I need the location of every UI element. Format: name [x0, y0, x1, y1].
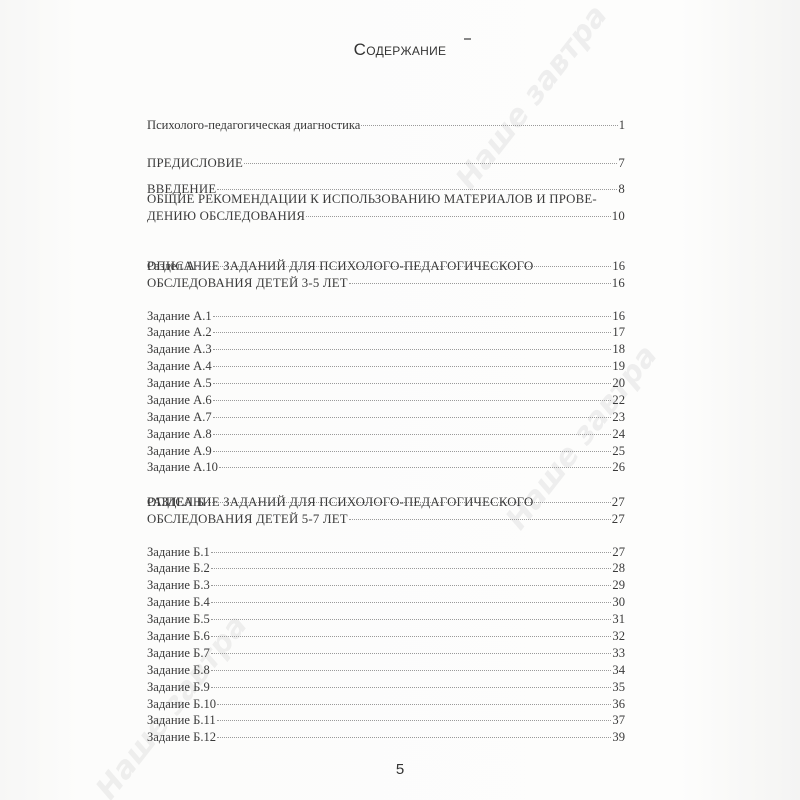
toc-entry-label: Задание А.2 — [147, 325, 212, 340]
dot-leader — [244, 163, 617, 164]
toc-entry-label: Задание Б.2 — [147, 561, 210, 576]
dot-leader — [213, 332, 612, 333]
toc-entry-label: Задание Б.7 — [147, 646, 210, 661]
toc-entry-label: Задание А.3 — [147, 342, 212, 357]
toc-entry: Задание Б.632 — [147, 629, 625, 644]
toc-entry-page: 35 — [612, 680, 625, 695]
toc-entry-heading-line: ОБЩИЕ РЕКОМЕНДАЦИИ К ИСПОЛЬЗОВАНИЮ МАТЕР… — [147, 191, 625, 208]
toc-entry-label: Психолого-педагогическая диагностика — [147, 118, 360, 133]
toc-entry-label: Задание Б.10 — [147, 697, 216, 712]
toc-entry-page: 23 — [612, 410, 625, 425]
dot-leader — [213, 417, 612, 418]
dot-leader — [306, 216, 611, 217]
toc-entry: Задание А.723 — [147, 410, 625, 425]
toc-entry: Задание Б.531 — [147, 612, 625, 627]
toc-entry-label: ОБСЛЕДОВАНИЯ ДЕТЕЙ 3-5 ЛЕТ — [147, 275, 348, 292]
toc-entry-page: 16 — [612, 309, 625, 324]
dot-leader — [213, 366, 612, 367]
toc-entry-page: 7 — [618, 156, 625, 171]
toc-entry: Задание А.318 — [147, 342, 625, 357]
toc-entry-label: Задание А.8 — [147, 427, 212, 442]
dot-leader — [217, 189, 617, 190]
toc-entry: Задание Б.935 — [147, 680, 625, 695]
toc-entry: Задание Б.228 — [147, 561, 625, 576]
toc-entry-label: ОБСЛЕДОВАНИЯ ДЕТЕЙ 5-7 ЛЕТ — [147, 511, 348, 528]
toc-entry: Задание Б.329 — [147, 578, 625, 593]
toc-entry-page: 25 — [612, 444, 625, 459]
toc-entry-page: 32 — [612, 629, 625, 644]
dot-leader — [213, 316, 612, 317]
toc-entry: Задание А.116 — [147, 309, 625, 324]
toc-entry: Задание Б.1036 — [147, 697, 625, 712]
toc-entry: Задание А.622 — [147, 393, 625, 408]
toc-entry-page: 19 — [612, 359, 625, 374]
dot-leader — [213, 434, 612, 435]
toc-entry-label: Задание Б.11 — [147, 713, 216, 728]
toc-entry: Задание А.1026 — [147, 460, 625, 475]
toc-entry: ОПИСАНИЕ ЗАДАНИЙ ДЛЯ ПСИХОЛОГО-ПЕДАГОГИЧ… — [147, 258, 625, 292]
toc-entry-label: Задание Б.4 — [147, 595, 210, 610]
dot-leader — [361, 125, 617, 126]
toc-entry-heading-line: ОПИСАНИЕ ЗАДАНИЙ ДЛЯ ПСИХОЛОГО-ПЕДАГОГИЧ… — [147, 258, 625, 275]
toc-entry-page: 29 — [612, 578, 625, 593]
toc-entry-label: Задание Б.1 — [147, 545, 210, 560]
toc-entry-page: 10 — [612, 208, 625, 225]
toc-entry: ОБЩИЕ РЕКОМЕНДАЦИИ К ИСПОЛЬЗОВАНИЮ МАТЕР… — [147, 191, 625, 225]
toc-entry-label: Задание Б.3 — [147, 578, 210, 593]
toc-entry-label: Задание А.5 — [147, 376, 212, 391]
toc-entry-page: 27 — [612, 545, 625, 560]
toc-entry-page: 16 — [612, 275, 625, 292]
toc-entry-label: Задание Б.12 — [147, 730, 216, 745]
toc-entry-page: 20 — [612, 376, 625, 391]
dot-leader — [211, 670, 612, 671]
dot-leader — [211, 585, 612, 586]
toc-entry-label: Задание А.1 — [147, 309, 212, 324]
dot-leader — [217, 737, 611, 738]
toc-entry-label: Задание А.9 — [147, 444, 212, 459]
dot-leader — [211, 687, 612, 688]
dot-leader — [349, 519, 611, 520]
dot-leader — [211, 619, 612, 620]
toc-entry-page: 30 — [612, 595, 625, 610]
toc-entry-label: Задание Б.5 — [147, 612, 210, 627]
toc-entry: Задание Б.430 — [147, 595, 625, 610]
toc-entry-label: ДЕНИЮ ОБСЛЕДОВАНИЯ — [147, 208, 305, 225]
toc-entry-page: 27 — [612, 511, 625, 528]
toc-entry-page: 34 — [612, 663, 625, 678]
toc-entry: Задание А.824 — [147, 427, 625, 442]
toc-entry-page: 18 — [612, 342, 625, 357]
toc-entry-page: 17 — [612, 325, 625, 340]
dot-leader — [217, 720, 612, 721]
toc-entry-label: Задание Б.6 — [147, 629, 210, 644]
toc-entry-page: 26 — [612, 460, 625, 475]
document-page: Наше завтра Наше завтра Наше завтра Соде… — [0, 0, 800, 800]
toc-entry: Задание А.520 — [147, 376, 625, 391]
toc-entry: Психолого-педагогическая диагностика1 — [147, 118, 625, 133]
page-number: 5 — [0, 761, 800, 778]
toc-entry: ОПИСАНИЕ ЗАДАНИЙ ДЛЯ ПСИХОЛОГО-ПЕДАГОГИЧ… — [147, 494, 625, 528]
dot-leader — [213, 349, 612, 350]
dot-leader — [213, 451, 612, 452]
toc-entry-page: 39 — [612, 730, 625, 745]
toc-entry-label: Задание А.4 — [147, 359, 212, 374]
dot-leader — [211, 602, 612, 603]
toc-entry-page: 37 — [612, 713, 625, 728]
toc-entry: Задание А.925 — [147, 444, 625, 459]
toc-entry: Задание А.217 — [147, 325, 625, 340]
toc-entry: Задание Б.127 — [147, 545, 625, 560]
dot-leader — [217, 704, 611, 705]
toc-entry-label: Задание Б.8 — [147, 663, 210, 678]
toc-entry-page: 22 — [612, 393, 625, 408]
toc-entry-page: 24 — [612, 427, 625, 442]
page-title: Содержание — [0, 40, 800, 60]
decorative-dash — [464, 38, 471, 40]
dot-leader — [213, 383, 612, 384]
toc-entry-heading-line: ОПИСАНИЕ ЗАДАНИЙ ДЛЯ ПСИХОЛОГО-ПЕДАГОГИЧ… — [147, 494, 625, 511]
dot-leader — [219, 467, 611, 468]
toc-entry: Задание Б.834 — [147, 663, 625, 678]
toc-entry: Задание Б.733 — [147, 646, 625, 661]
toc-entry-page: 33 — [612, 646, 625, 661]
toc-entry: Задание Б.1137 — [147, 713, 625, 728]
toc-entry: Задание Б.1239 — [147, 730, 625, 745]
toc-entry-page: 31 — [612, 612, 625, 627]
dot-leader — [213, 400, 612, 401]
dot-leader — [211, 568, 612, 569]
toc-entry-page: 28 — [612, 561, 625, 576]
toc-entry: Задание А.419 — [147, 359, 625, 374]
dot-leader — [211, 636, 612, 637]
toc-entry-page: 36 — [612, 697, 625, 712]
toc-entry-page: 1 — [619, 118, 625, 133]
toc-entry-label: Задание А.6 — [147, 393, 212, 408]
toc-entry-label: ПРЕДИСЛОВИЕ — [147, 156, 243, 171]
toc-entry-label: Задание Б.9 — [147, 680, 210, 695]
dot-leader — [211, 653, 612, 654]
toc-entry-label: Задание А.7 — [147, 410, 212, 425]
toc-entry: ПРЕДИСЛОВИЕ7 — [147, 156, 625, 171]
dot-leader — [211, 552, 612, 553]
toc-entry-label: Задание А.10 — [147, 460, 218, 475]
dot-leader — [349, 283, 611, 284]
